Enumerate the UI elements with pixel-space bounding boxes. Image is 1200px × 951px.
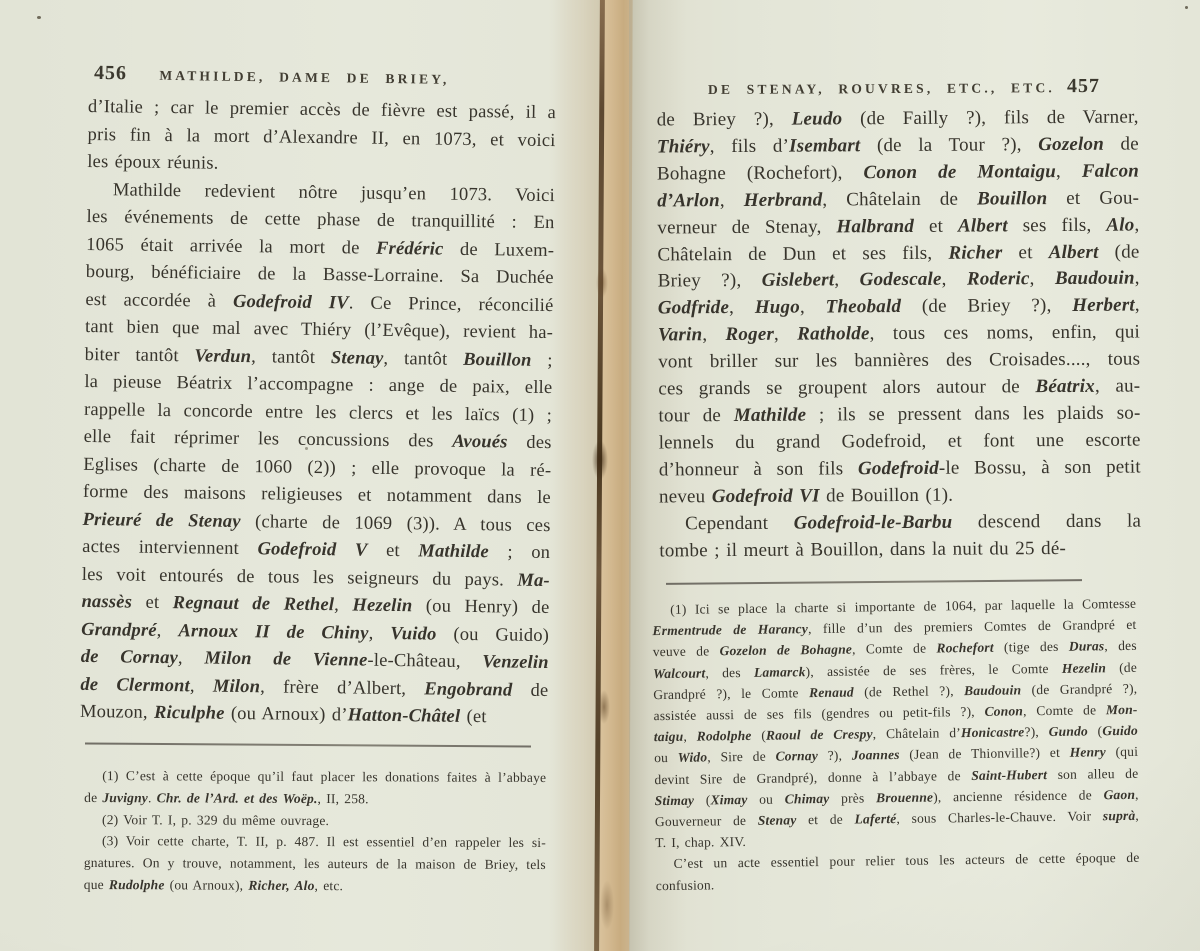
right-footnote-rule (666, 579, 1082, 584)
text-line: (2) Voir T. I, p. 329 du même ouvrage. (84, 809, 546, 833)
left-page-edge-shadow (548, 0, 600, 951)
right-page-number: 457 (1067, 75, 1100, 98)
text-line: (3) Voir cette charte, T. II, p. 487. Il… (84, 830, 546, 854)
text-line: que Rudolphe (ou Arnoux), Richer, Alo, e… (84, 874, 546, 898)
text-line: Cependant Godefroid-le-Barbu descend dan… (659, 508, 1141, 538)
dust-speck (1185, 6, 1188, 9)
book-photo: 456 MATHILDE, DAME DE BRIEY, d’Italie ; … (0, 0, 1200, 951)
text-line: de Juvigny. Chr. de l’Ard. et des Woëp.,… (84, 787, 546, 811)
text-line: ces grands se groupent alors autour de B… (658, 374, 1140, 404)
paper-stain (592, 440, 608, 480)
text-line: Mouzon, Riculphe (ou Arnoux) d’Hatton-Ch… (80, 699, 548, 733)
text-line: d’Arlon, Herbrand, Châtelain de Bouillon… (657, 185, 1139, 215)
paper-stain (598, 690, 610, 724)
right-page-body: de Briey ?), Leudo (de Failly ?), fils d… (657, 105, 1142, 565)
text-line: verneur de Stenay, Halbrand et Albert se… (657, 212, 1139, 242)
text-line: neveu Godefroid VI de Bouillon (1). (659, 481, 1141, 511)
text-line: (1) C’est à cette époque qu’il faut plac… (84, 765, 546, 789)
dust-speck (37, 16, 41, 19)
text-line: de Briey ?), Leudo (de Failly ?), fils d… (657, 105, 1139, 135)
left-page-body: d’Italie ; car le premier accès de fièvr… (80, 94, 556, 733)
text-line: Varin, Roger, Ratholde, tous ces noms, e… (658, 320, 1140, 350)
text-line: gnatures. On y trouve, notamment, les au… (84, 852, 546, 876)
text-line: d’honneur à son fils Godefroid-le Bossu,… (659, 454, 1141, 484)
text-line: Godfride, Hugo, Theobald (de Briey ?), H… (658, 293, 1140, 323)
left-page-header: 456 MATHILDE, DAME DE BRIEY, (84, 61, 552, 92)
right-page-header: DE STENAY, ROUVRES, ETC., ETC. 457 (656, 75, 1142, 101)
left-page-footnotes: (1) C’est à cette époque qu’il faut plac… (84, 765, 547, 898)
left-running-title: MATHILDE, DAME DE BRIEY, (159, 68, 519, 89)
text-line: tour de Mathilde ; ils se pressent dans … (658, 400, 1140, 430)
right-page-footnotes: (1) Ici se place la charte si importante… (652, 593, 1140, 896)
left-footnote-rule (85, 742, 531, 747)
paper-stain (596, 268, 608, 298)
text-line: Châtelain de Dun et ses fils, Richer et … (657, 239, 1139, 269)
text-line: tombe ; il meurt à Bouillon, dans la nui… (659, 535, 1141, 565)
text-line: Thiéry, fils d’Isembart (de la Tour ?), … (657, 131, 1139, 161)
paper-stain (600, 880, 614, 930)
text-line: vont briller sur les bannières des Crois… (658, 347, 1140, 377)
right-running-title: DE STENAY, ROUVRES, ETC., ETC. (668, 80, 1055, 98)
text-line: Briey ?), Gislebert, Godescale, Roderic,… (658, 266, 1140, 296)
text-line: Bohagne (Rochefort), Conon de Montaigu, … (657, 158, 1139, 188)
left-page-number: 456 (94, 62, 127, 85)
text-line: lennels du grand Godefroid, et font une … (659, 427, 1141, 457)
